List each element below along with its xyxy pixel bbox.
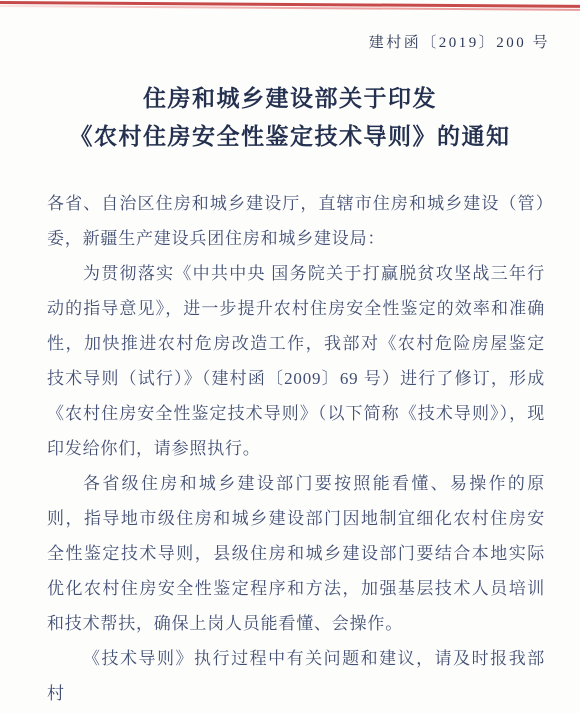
body-paragraph-salutation: 各省、自治区住房和城乡建设厅，直辖市住房和城乡建设（管）委，新疆生产建设兵团住房… bbox=[47, 186, 545, 256]
body-paragraph-3: 《技术导则》执行过程中有关问题和建议，请及时报我部村 bbox=[47, 641, 545, 711]
body-paragraph-2: 各省级住房和城乡建设部门要按照能看懂、易操作的原则，指导地市级住房和城乡建设部门… bbox=[47, 466, 545, 641]
doc-number: 建村函〔2019〕200 号 bbox=[369, 31, 550, 52]
body-paragraph-1: 为贯彻落实《中共中央 国务院关于打赢脱贫攻坚战三年行动的指导意见》，进一步提升农… bbox=[47, 256, 545, 466]
document-body: 各省、自治区住房和城乡建设厅，直辖市住房和城乡建设（管）委，新疆生产建设兵团住房… bbox=[47, 186, 545, 711]
red-header-rule bbox=[0, 1, 580, 11]
document-page: 建村函〔2019〕200 号 住房和城乡建设部关于印发 《农村住房安全性鉴定技术… bbox=[0, 0, 580, 713]
document-title: 住房和城乡建设部关于印发 《农村住房安全性鉴定技术导则》的通知 bbox=[0, 80, 580, 156]
document-title-line1: 住房和城乡建设部关于印发 bbox=[0, 80, 580, 118]
document-title-line2: 《农村住房安全性鉴定技术导则》的通知 bbox=[0, 118, 580, 156]
